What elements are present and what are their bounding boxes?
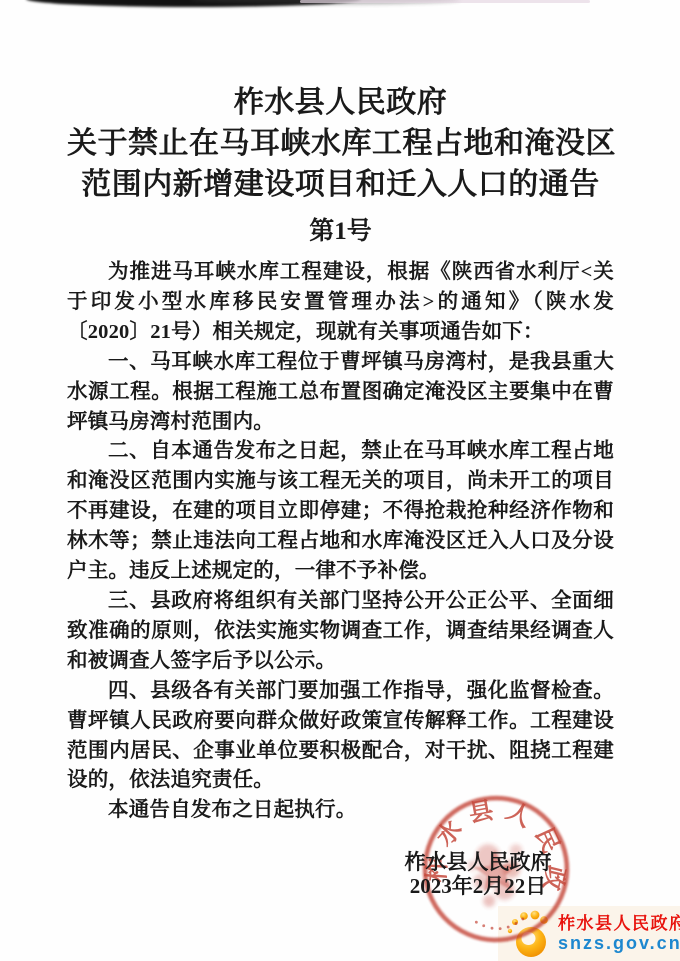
- document-number: 第1号: [67, 214, 614, 249]
- document-body: 为推进马耳峡水库工程建设，根据《陕西省水利厅<关于印发小型水库移民安置管理办法>…: [67, 258, 614, 826]
- document-content: 柞水县人民政府 关于禁止在马耳峡水库工程占地和淹没区 范围内新增建设项目和迁入人…: [67, 0, 614, 826]
- paragraph-item-1: 一、马耳峡水库工程位于曹坪镇马房湾村，是我县重大水源工程。根据工程施工总布置图确…: [67, 348, 614, 438]
- document-page: 柞水县人民政府 关于禁止在马耳峡水库工程占地和淹没区 范围内新增建设项目和迁入人…: [0, 0, 680, 961]
- paragraph-item-3: 三、县政府将组织有关部门坚持公开公正公平、全面细致准确的原则，依法实施实物调查工…: [67, 587, 614, 677]
- signature-date: 2023年2月22日: [403, 874, 553, 898]
- document-title: 柞水县人民政府 关于禁止在马耳峡水库工程占地和淹没区 范围内新增建设项目和迁入人…: [67, 82, 614, 205]
- paragraph-intro: 为推进马耳峡水库工程建设，根据《陕西省水利厅<关于印发小型水库移民安置管理办法>…: [67, 258, 614, 348]
- signature-block: 柞水县人民政府 2023年2月22日: [403, 850, 553, 898]
- title-line-1: 柞水县人民政府: [67, 82, 614, 123]
- title-line-2: 关于禁止在马耳峡水库工程占地和淹没区: [67, 123, 614, 164]
- title-line-3: 范围内新增建设项目和迁入人口的通告: [67, 164, 614, 205]
- signature-issuer: 柞水县人民政府: [403, 850, 553, 874]
- paragraph-item-2: 二、自本通告发布之日起，禁止在马耳峡水库工程占地和淹没区范围内实施与该工程无关的…: [67, 437, 614, 587]
- paragraph-item-4: 四、县级各有关部门要加强工作指导，强化监督检查。曹坪镇人民政府要向群众做好政策宣…: [67, 677, 614, 797]
